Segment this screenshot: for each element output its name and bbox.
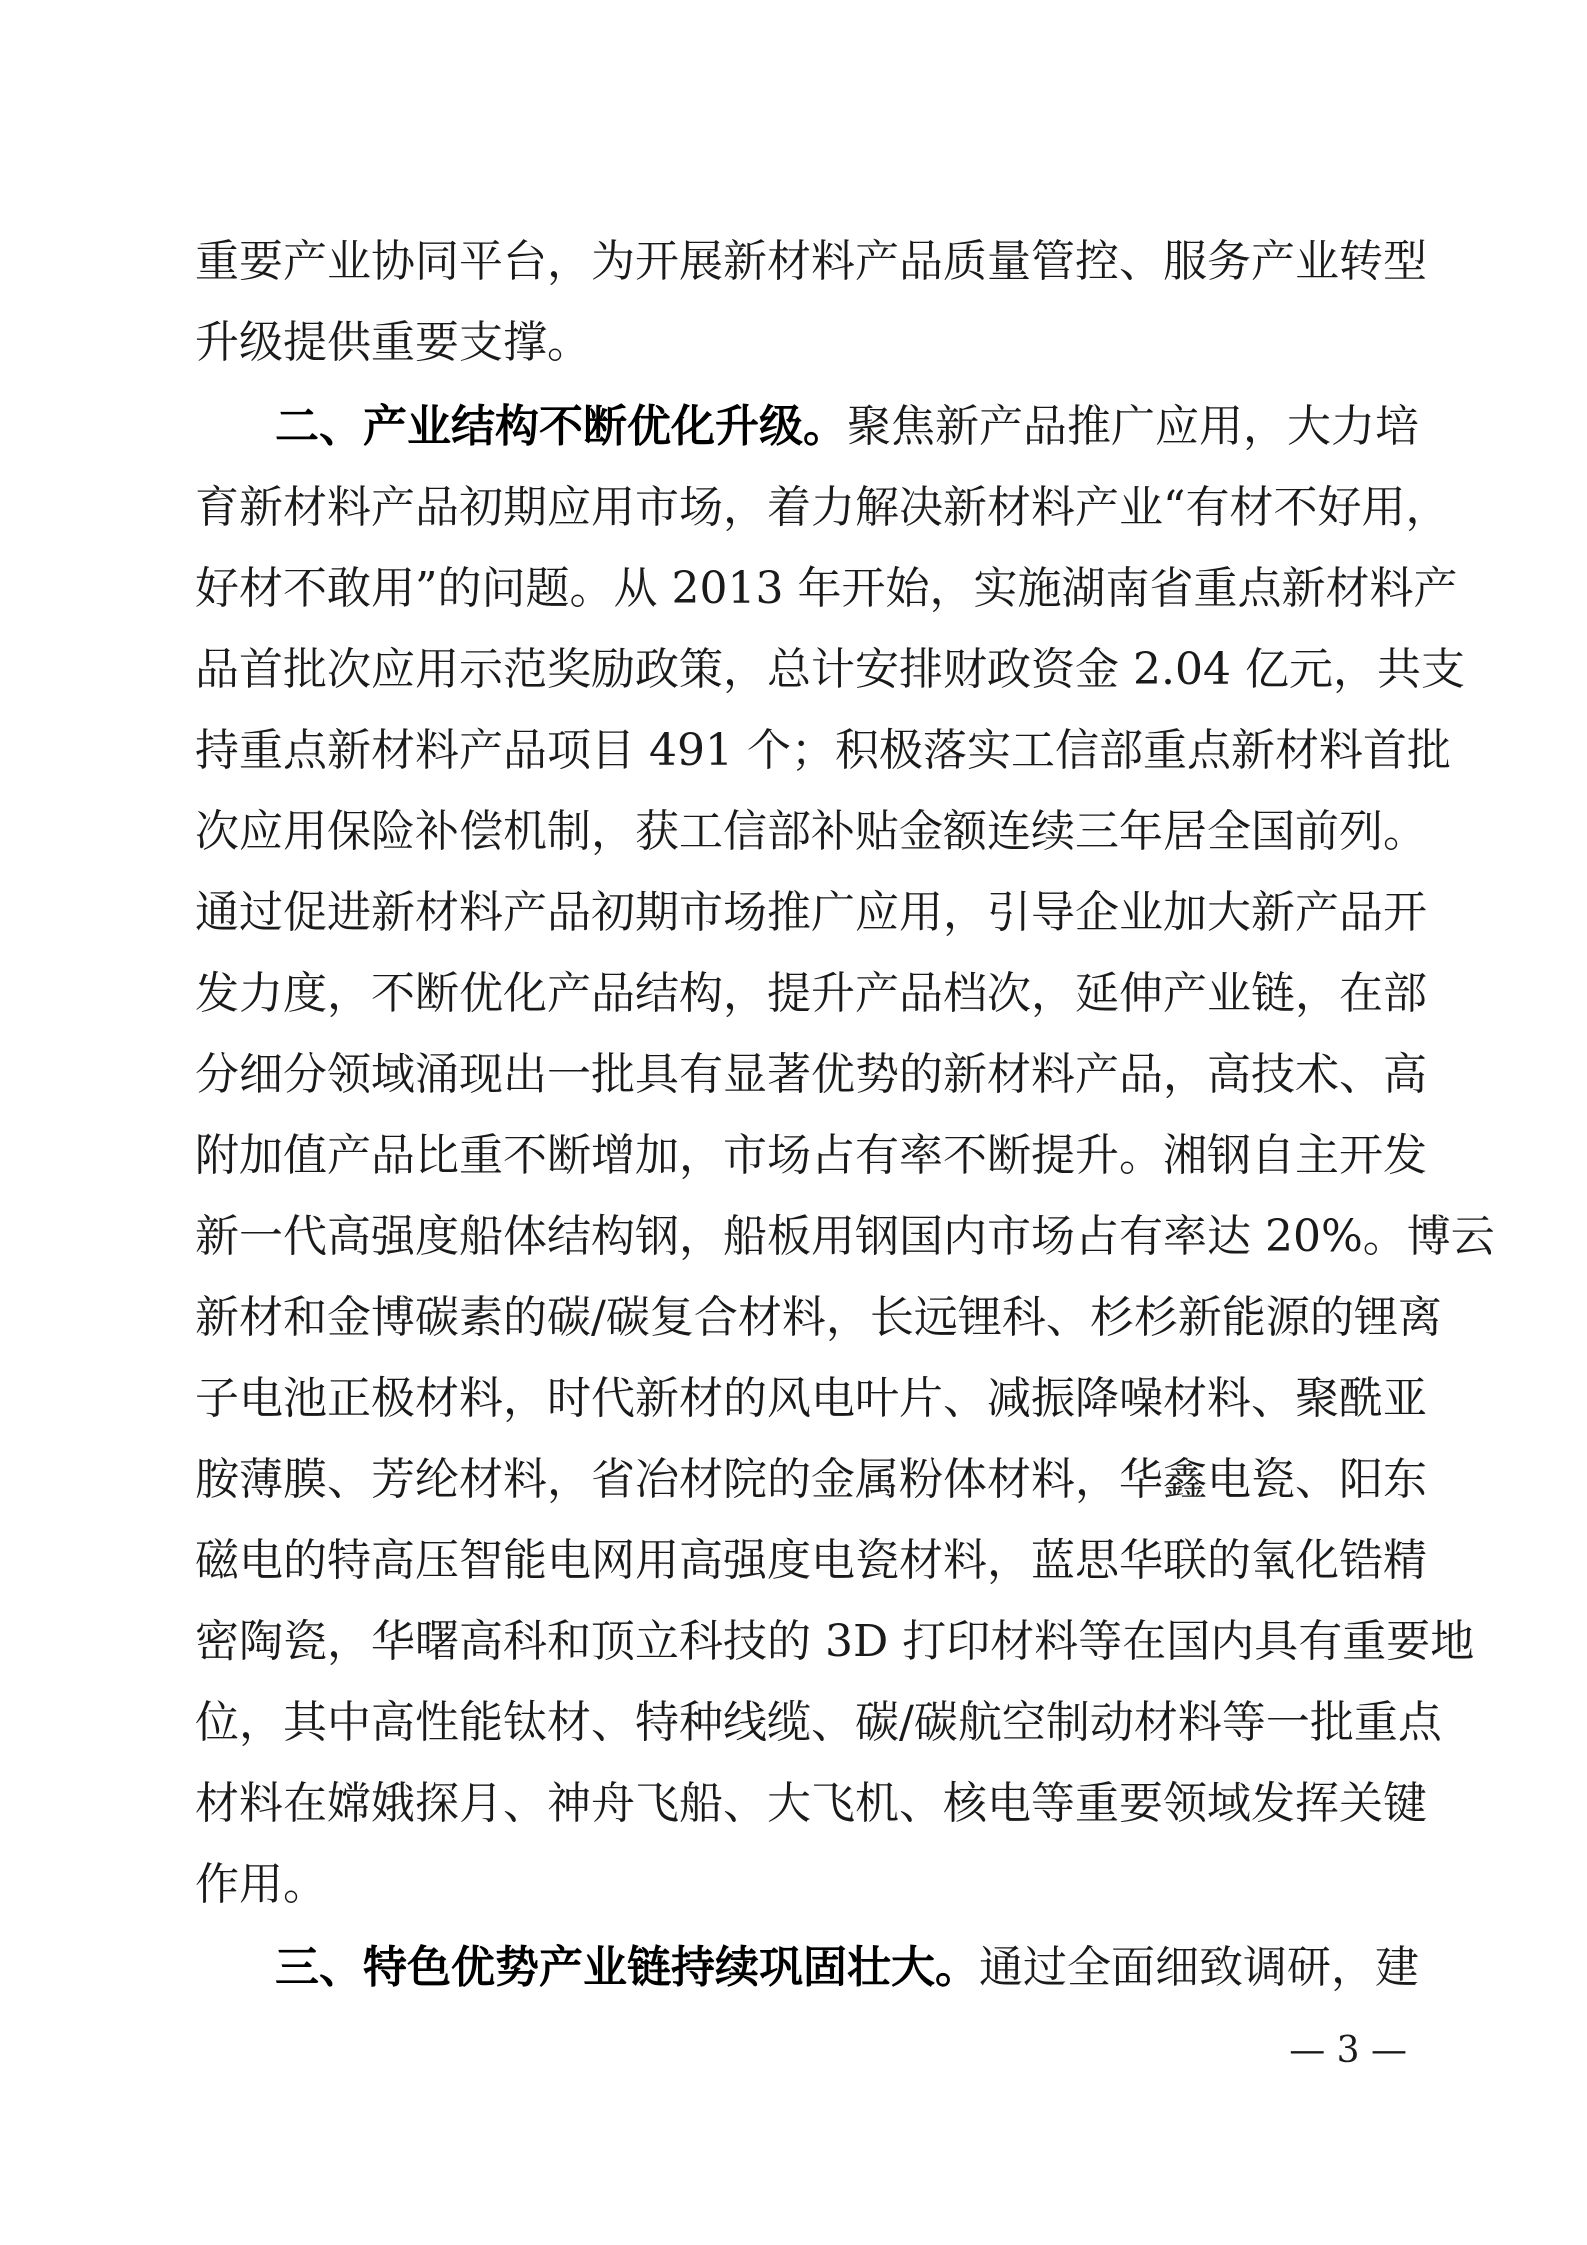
- body-line: 通过促进新材料产品初期市场推广应用，引导企业加大新产品开: [195, 883, 1407, 943]
- body-line: 密陶瓷，华曙高科和顶立科技的 3D 打印材料等在国内具有重要地: [195, 1612, 1407, 1672]
- body-line: 附加值产品比重不断增加，市场占有率不断提升。湘钢自主开发: [195, 1126, 1407, 1186]
- body-text: 通过全面细致调研，建: [979, 1942, 1419, 1993]
- section-3-paragraph-start: 三、特色优势产业链持续巩固壮大。通过全面细致调研，建: [275, 1938, 1407, 1998]
- document-page: 重要产业协同平台，为开展新材料产品质量管控、服务产业转型 升级提供重要支撑。 二…: [0, 0, 1587, 2245]
- body-line: 好材不敢用”的问题。从 2013 年开始，实施湖南省重点新材料产: [195, 559, 1407, 619]
- page-number: — 3 —: [1289, 2030, 1407, 2071]
- body-line: 胺薄膜、芳纶材料，省冶材院的金属粉体材料，华鑫电瓷、阳东: [195, 1450, 1407, 1510]
- body-line: 新一代高强度船体结构钢，船板用钢国内市场占有率达 20%。博云: [195, 1207, 1407, 1267]
- body-text: 聚焦新产品推广应用，大力培: [847, 401, 1419, 452]
- body-line: 作用。: [195, 1855, 1407, 1915]
- body-line: 重要产业协同平台，为开展新材料产品质量管控、服务产业转型: [195, 232, 1407, 292]
- body-line: 子电池正极材料，时代新材的风电叶片、减振降噪材料、聚酰亚: [195, 1369, 1407, 1429]
- body-line: 分细分领域涌现出一批具有显著优势的新材料产品，高技术、高: [195, 1045, 1407, 1105]
- section-2-paragraph-start: 二、产业结构不断优化升级。聚焦新产品推广应用，大力培: [275, 397, 1407, 457]
- body-line: 品首批次应用示范奖励政策，总计安排财政资金 2.04 亿元，共支: [195, 640, 1407, 700]
- body-line: 位，其中高性能钛材、特种线缆、碳/碳航空制动材料等一批重点: [195, 1693, 1407, 1753]
- body-line: 新材和金博碳素的碳/碳复合材料，长远锂科、杉杉新能源的锂离: [195, 1288, 1407, 1348]
- body-line: 发力度，不断优化产品结构，提升产品档次，延伸产业链，在部: [195, 964, 1407, 1024]
- body-line: 持重点新材料产品项目 491 个；积极落实工信部重点新材料首批: [195, 721, 1407, 781]
- body-line: 育新材料产品初期应用市场，着力解决新材料产业“有材不好用，: [195, 478, 1407, 538]
- body-line: 升级提供重要支撑。: [195, 313, 1407, 373]
- section-3-heading: 三、特色优势产业链持续巩固壮大。: [275, 1942, 979, 1993]
- section-2-heading: 二、产业结构不断优化升级。: [275, 401, 847, 452]
- body-line: 磁电的特高压智能电网用高强度电瓷材料，蓝思华联的氧化锆精: [195, 1531, 1407, 1591]
- body-line: 材料在嫦娥探月、神舟飞船、大飞机、核电等重要领域发挥关键: [195, 1774, 1407, 1834]
- body-line: 次应用保险补偿机制，获工信部补贴金额连续三年居全国前列。: [195, 802, 1407, 862]
